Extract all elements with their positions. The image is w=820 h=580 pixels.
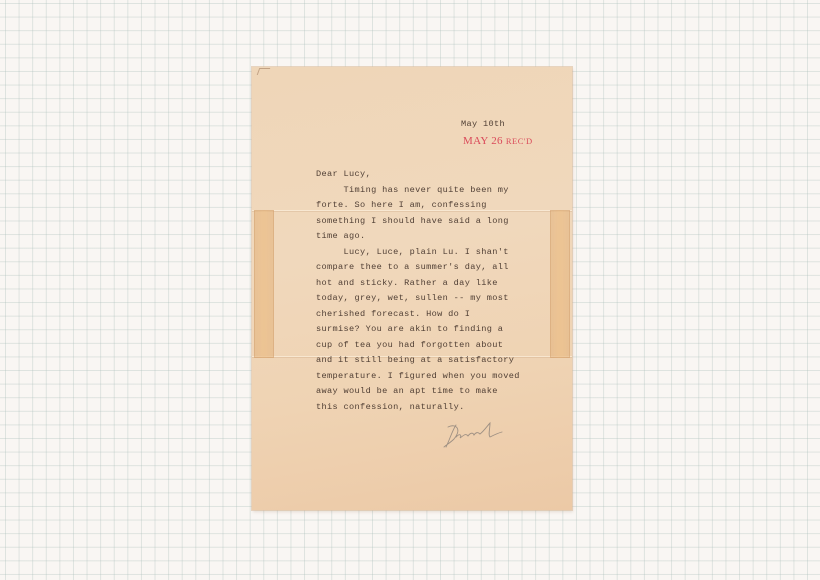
letter-line: hot and sticky. Rather a day like [316, 276, 520, 292]
letter-line: cup of tea you had forgotten about [316, 338, 520, 354]
signature-daniel [438, 417, 508, 457]
letter-line: away would be an apt time to make [316, 384, 520, 400]
letter-line: compare thee to a summer's day, all [316, 260, 520, 276]
stamp-label: REC'D [506, 136, 533, 146]
salutation: Dear Lucy, [316, 167, 520, 183]
stamp-month: MAY [463, 135, 488, 147]
letter-line: forte. So here I am, confessing [316, 198, 520, 214]
letter-line: time ago. [316, 229, 520, 245]
letter-line: and it still being at a satisfactory [316, 353, 520, 369]
letter-line: surmise? You are akin to finding a [316, 322, 520, 338]
letter-line: this confession, naturally. [316, 400, 520, 416]
tape-strip-left [254, 210, 274, 358]
letter-line: something I should have said a long [316, 214, 520, 230]
letter-line: temperature. I figured when you moved [316, 369, 520, 385]
received-stamp: MAY 26 REC'D [463, 135, 533, 147]
letter-date: May 10th [461, 119, 505, 129]
letter-line: cherished forecast. How do I [316, 307, 520, 323]
corner-crease [257, 68, 271, 75]
stamp-day: 26 [491, 135, 503, 147]
letter-line: Lucy, Luce, plain Lu. I shan't [316, 245, 520, 261]
letter-body: Dear Lucy, Timing has never quite been m… [316, 167, 520, 415]
letter-sheet: May 10th MAY 26 REC'D Dear Lucy, Timing … [252, 67, 572, 510]
tape-strip-right [550, 210, 570, 358]
letter-line: today, grey, wet, sullen -- my most [316, 291, 520, 307]
letter-line: Timing has never quite been my [316, 183, 520, 199]
